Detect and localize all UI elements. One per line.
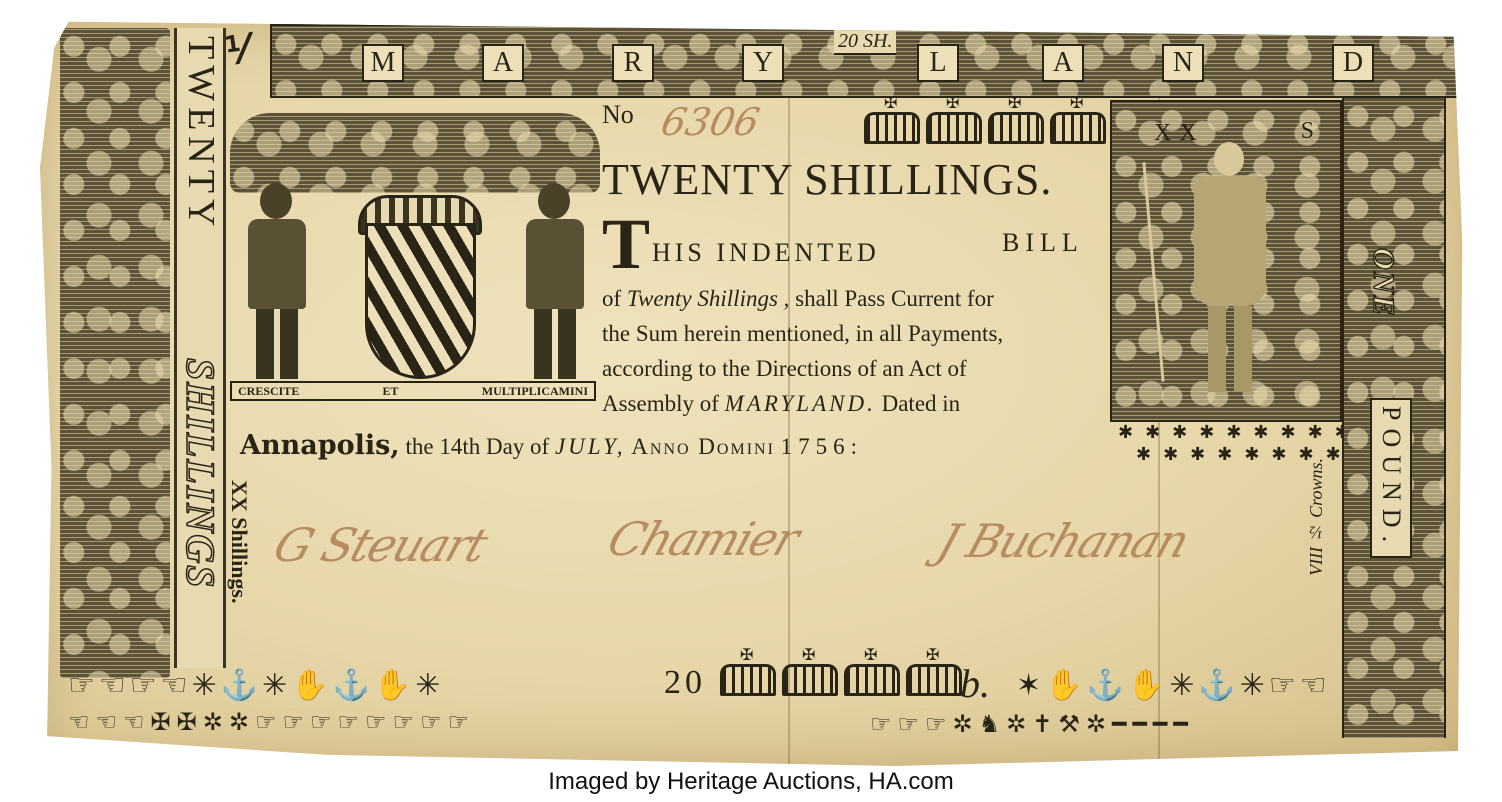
left-ornamental-border <box>60 28 170 678</box>
serial-number: 6306 <box>657 100 763 144</box>
legend-line: according to the Directions of an Act of <box>602 351 1114 386</box>
crown-icon: ✠ <box>1048 96 1106 142</box>
bottom-initial: b. <box>960 660 990 707</box>
crown-icon: ✠ <box>924 96 982 142</box>
top-letter-n: N <box>1162 44 1204 82</box>
motto-word: MULTIPLICAMINI <box>482 383 588 399</box>
crown-icon: ✠ <box>986 96 1044 142</box>
crown-icon: ✠ <box>862 96 920 142</box>
date-year: 1756: <box>781 434 863 459</box>
top-letter-r: R <box>612 44 654 82</box>
right-border-pound: POUND. <box>1370 398 1412 558</box>
ornament-row-right: ✶✋⚓✋✳⚓✳☞☜ <box>1016 668 1331 703</box>
ornament-row-lower-left: ☜☜☜✠✠✲✲☞☞☞☞☞☞☞☞ <box>68 708 475 737</box>
banknote: TWENTY SHILLINGS XX Shillings. ⅟ M A R Y… <box>40 18 1468 766</box>
top-letter-y: Y <box>742 44 784 82</box>
arms-motto-ribbon: CRESCITE ET MULTIPLICAMINI <box>230 381 596 401</box>
ornament-row-left: ☞☜☞☜✳⚓✳✋⚓✋✳ <box>68 668 444 703</box>
legend-line: Assembly of MARYLAND. Dated in <box>602 386 1114 421</box>
top-letter-m: M <box>362 44 404 82</box>
ornament-row-lower-right: ☞☞☞✲♞✲✝⚒✲━━━━ <box>870 710 1194 739</box>
opening-bill: BILL <box>1002 228 1084 258</box>
motto-word: ET <box>383 383 399 399</box>
shield-icon <box>365 223 476 379</box>
top-maryland-band: M A R Y L A N D 20 SH. <box>270 24 1459 98</box>
mantling-scrollwork <box>230 113 600 193</box>
right-border-one: ONE <box>1366 248 1400 317</box>
date-anno: Anno Domini <box>631 434 775 459</box>
bill-legend: of Twenty Shillings , shall Pass Current… <box>602 281 1114 421</box>
legend-line: of Twenty Shillings , shall Pass Current… <box>602 281 1114 316</box>
vignette-label-s: S <box>1301 118 1314 145</box>
signature-3: J Buchanan <box>931 514 1195 568</box>
headline-denomination: TWENTY SHILLINGS. <box>602 154 1052 205</box>
right-ornamental-border: ONE POUND. <box>1342 98 1446 738</box>
top-letter-a2: A <box>1042 44 1084 82</box>
serial-label: No <box>602 100 634 130</box>
crown-row-bottom: ✠ ✠ ✠ ✠ <box>718 648 962 694</box>
bottom-denomination: 20 <box>664 664 706 702</box>
fisherman-supporter-figure <box>520 183 590 383</box>
left-border-shillings: SHILLINGS <box>177 358 224 589</box>
signature-2: Chamier <box>601 512 804 566</box>
date-line: Annapolis, the 14th Day of JULY, Anno Do… <box>240 430 863 461</box>
left-denomination-panel: TWENTY SHILLINGS <box>174 28 226 668</box>
top-letter-a: A <box>482 44 524 82</box>
crown-icon: ✠ <box>718 648 776 694</box>
crown-icon: ✠ <box>904 648 962 694</box>
staff-icon <box>1142 162 1164 381</box>
side-note-crowns: VIII ½ Crowns. <box>1306 458 1327 576</box>
crown-icon: ✠ <box>842 648 900 694</box>
top-left-mark: ⅟ <box>223 27 251 75</box>
soldier-figure <box>1190 142 1270 392</box>
motto-word: CRESCITE <box>238 383 299 399</box>
top-letter-d: D <box>1332 44 1374 82</box>
signature-1: G Steuart <box>267 518 493 572</box>
date-day: the 14th Day of <box>405 434 549 459</box>
legend-line: the Sum herein mentioned, in all Payment… <box>602 316 1114 351</box>
top-letter-l: L <box>917 44 959 82</box>
farmer-supporter-figure <box>242 183 312 383</box>
crown-icon: ✠ <box>780 648 838 694</box>
top-denomination-tab: 20 SH. <box>834 30 896 55</box>
crown-row-top: ✠ ✠ ✠ ✠ <box>862 96 1106 142</box>
date-month: JULY, <box>555 434 626 459</box>
soldier-vignette: XX S <box>1110 100 1342 422</box>
date-place: Annapolis, <box>240 430 400 461</box>
maryland-arms-vignette: CRESCITE ET MULTIPLICAMINI <box>230 113 600 403</box>
opening-initial: T <box>602 208 650 280</box>
image-credit-caption: Imaged by Heritage Auctions, HA.com <box>0 768 1502 796</box>
opening-text: HIS INDENTED <box>652 238 880 268</box>
side-denomination-xx-shillings: XX Shillings. <box>226 480 252 604</box>
left-border-twenty: TWENTY <box>179 36 223 232</box>
